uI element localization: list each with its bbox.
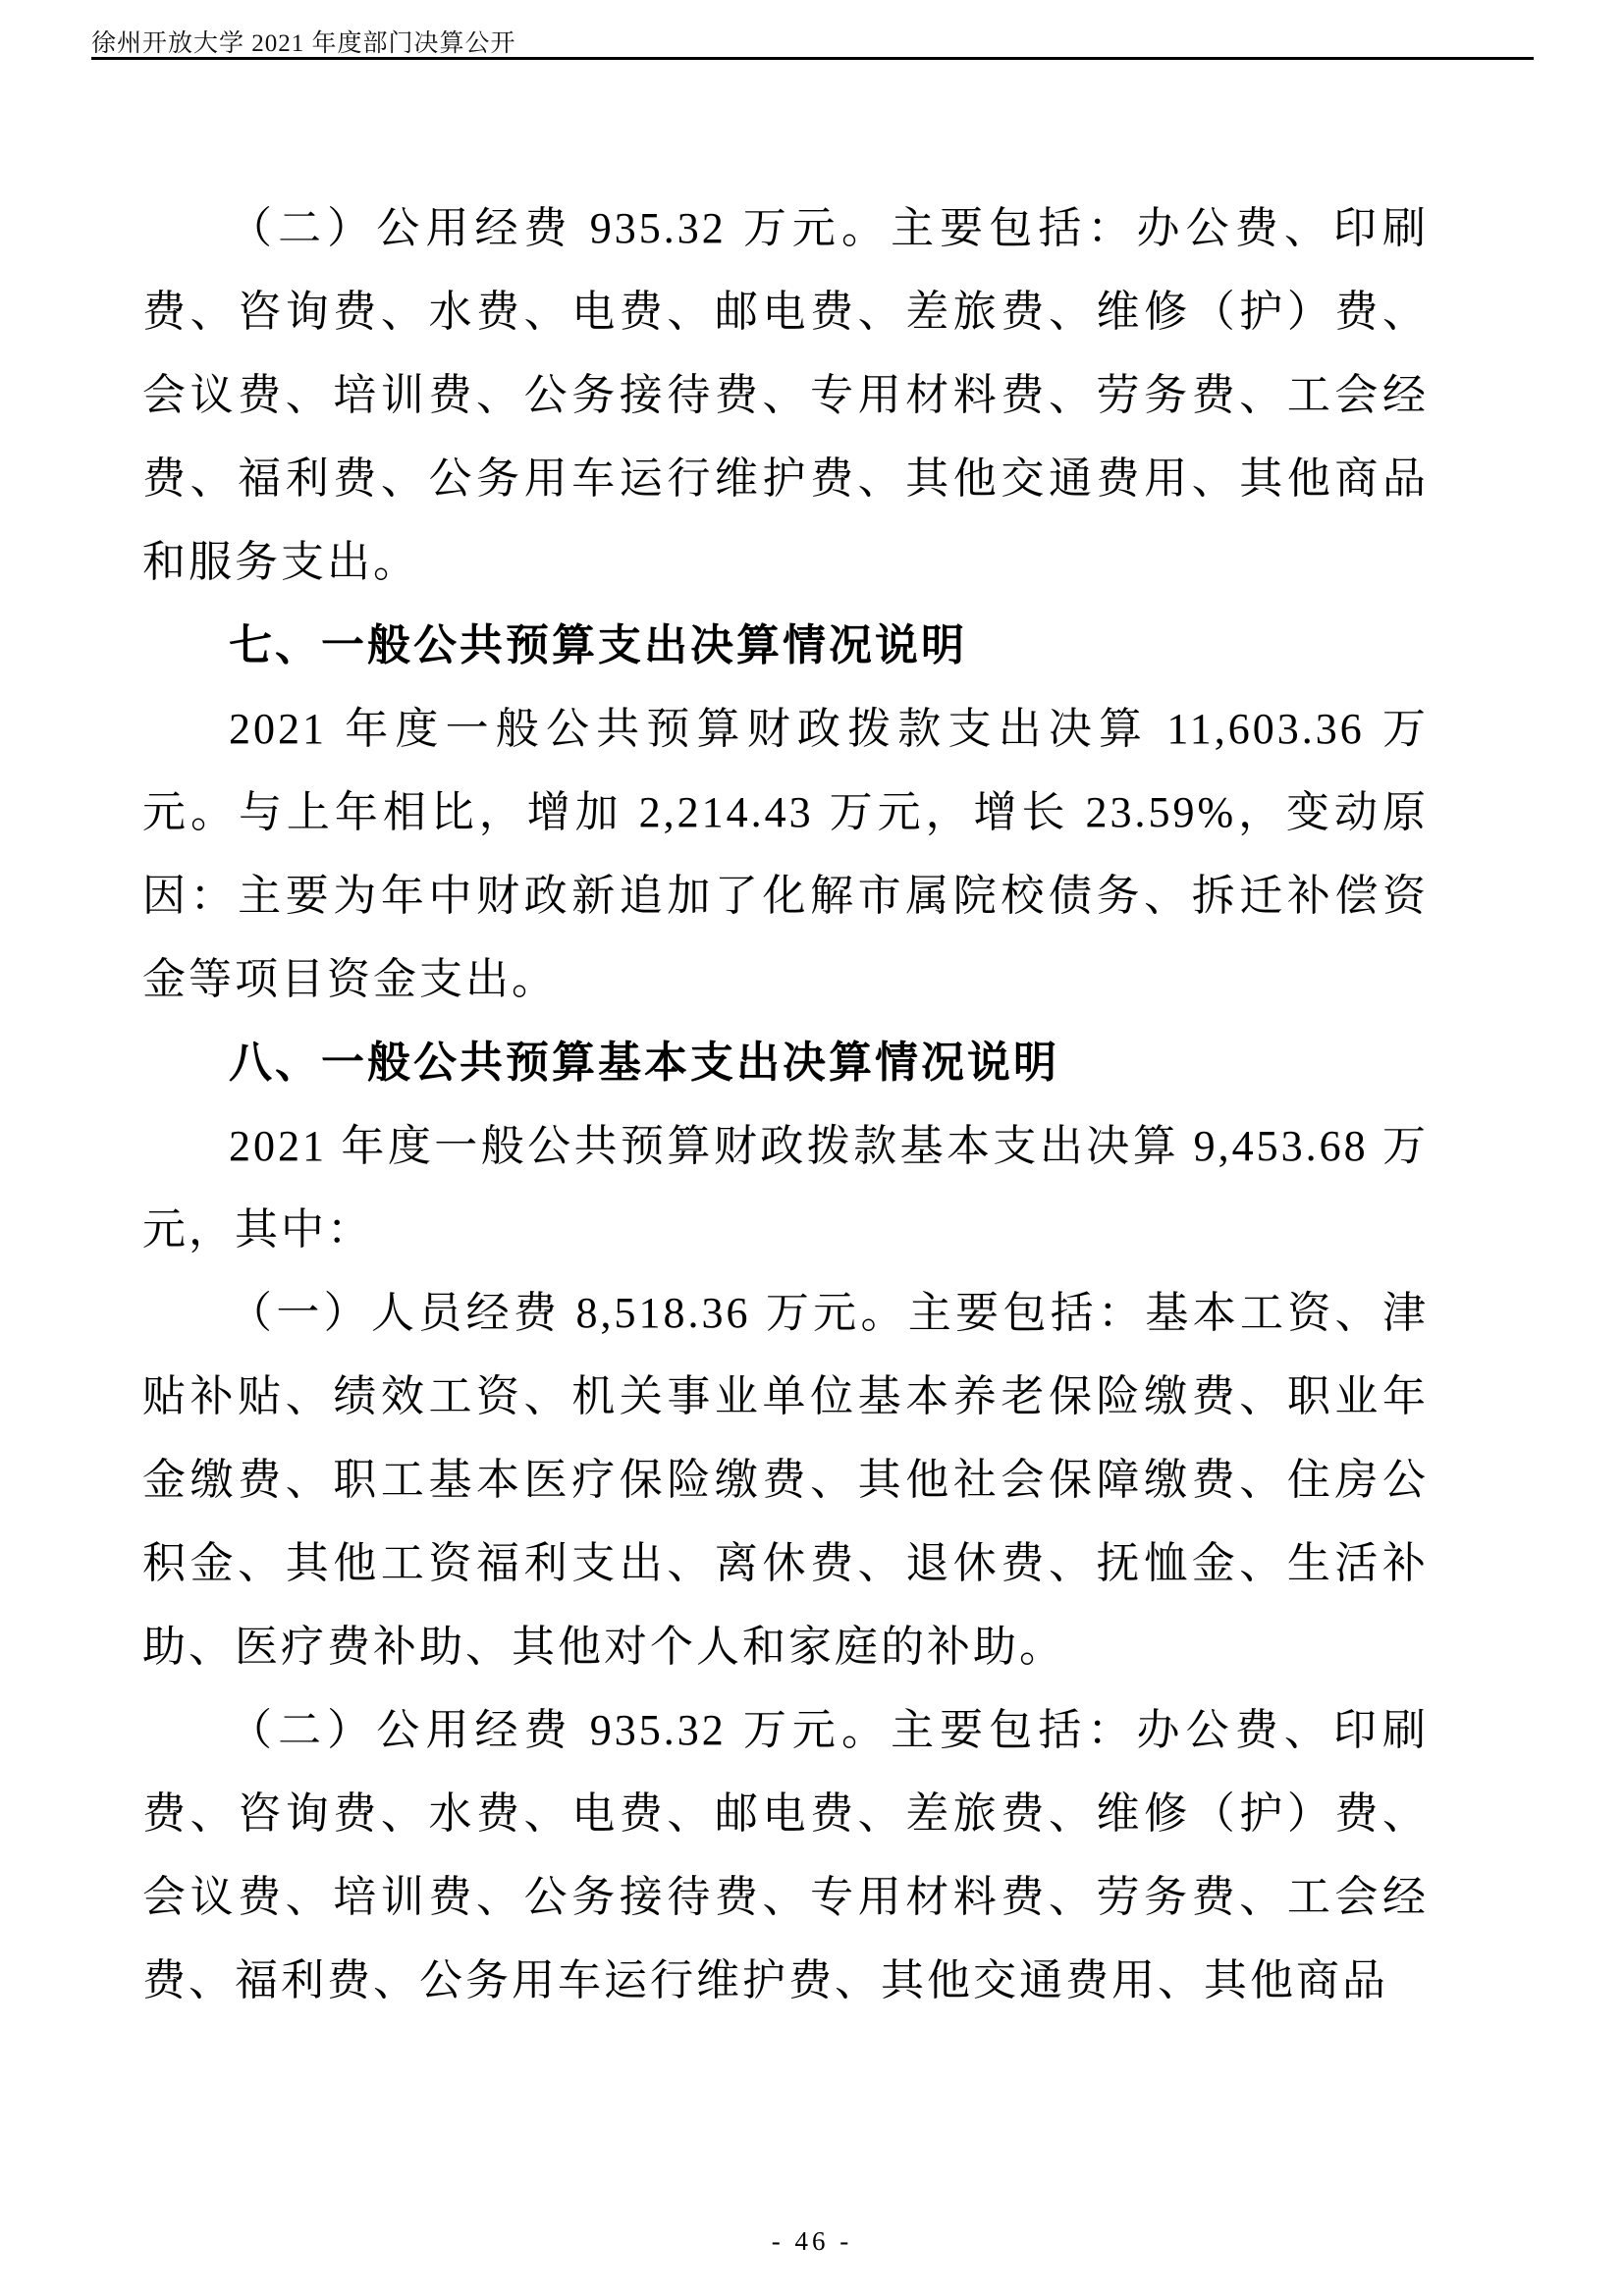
page-number: - 46 - (772, 2226, 852, 2256)
section-heading: 七、一般公共预算支出决算情况说明 (142, 604, 1429, 687)
page-header: 徐州开放大学 2021 年度部门决算公开 (91, 18, 1534, 60)
section-heading: 八、一般公共预算基本支出决算情况说明 (142, 1021, 1429, 1104)
page-footer: - 46 - (0, 2226, 1624, 2257)
paragraph: 2021 年度一般公共预算财政拨款基本支出决算 9,453.68 万元，其中： (142, 1104, 1429, 1271)
document-body: （二）公用经费 935.32 万元。主要包括：办公费、印刷费、咨询费、水费、电费… (142, 187, 1429, 2022)
paragraph: （一）人员经费 8,518.36 万元。主要包括：基本工资、津贴补贴、绩效工资、… (142, 1271, 1429, 1688)
paragraph: （二）公用经费 935.32 万元。主要包括：办公费、印刷费、咨询费、水费、电费… (142, 187, 1429, 604)
paragraph: 2021 年度一般公共预算财政拨款支出决算 11,603.36 万元。与上年相比… (142, 687, 1429, 1021)
paragraph: （二）公用经费 935.32 万元。主要包括：办公费、印刷费、咨询费、水费、电费… (142, 1688, 1429, 2022)
document-page: 徐州开放大学 2021 年度部门决算公开 （二）公用经费 935.32 万元。主… (0, 0, 1624, 2296)
document-header-title: 徐州开放大学 2021 年度部门决算公开 (91, 18, 516, 59)
